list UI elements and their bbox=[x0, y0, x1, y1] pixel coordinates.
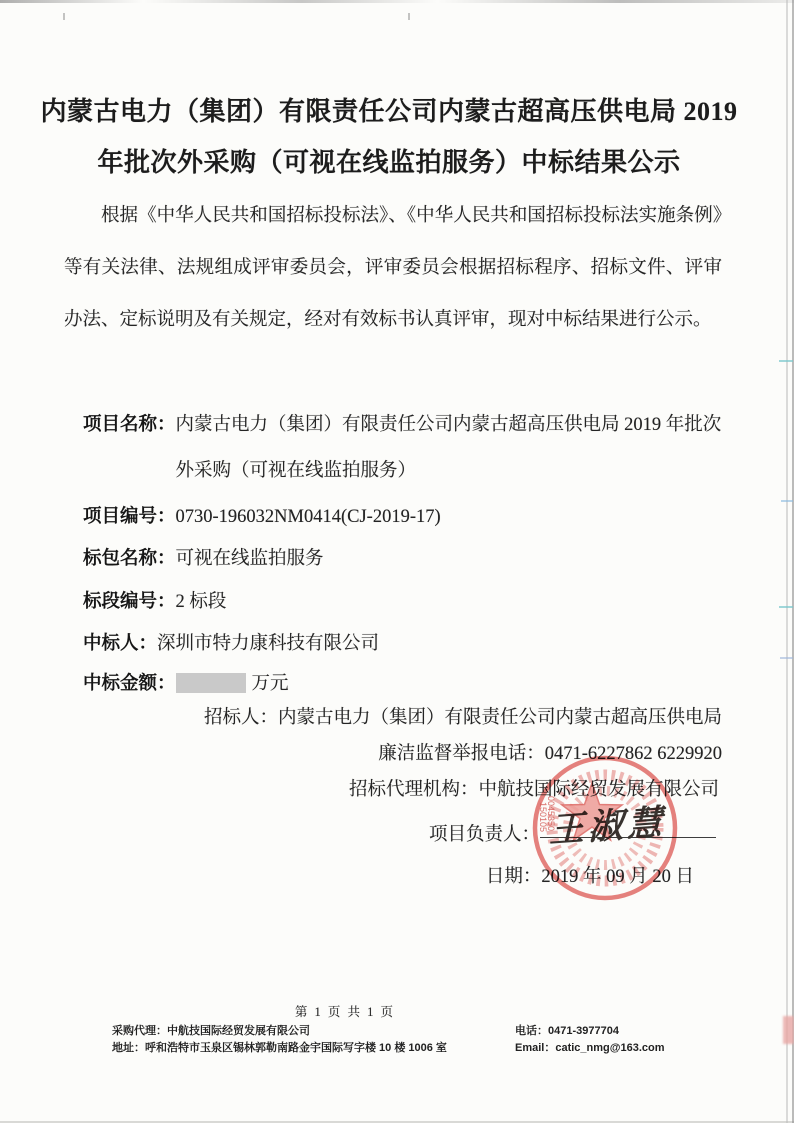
field-winning-amount: 中标金额： 万元 bbox=[83, 661, 728, 707]
project-manager-label: 项目负责人： bbox=[429, 825, 540, 845]
footer-phone: 电话：0471-3977704 bbox=[515, 1023, 665, 1040]
field-label: 标包名称： bbox=[83, 536, 176, 582]
scan-artifact-teal-mark bbox=[779, 360, 793, 362]
scan-artifact-right-line bbox=[786, 0, 788, 1123]
document-title-line1: 内蒙古电力（集团）有限责任公司内蒙古超高压供电局 2019 bbox=[40, 86, 738, 137]
page-number: 第 1 页 共 1 页 bbox=[0, 1002, 690, 1020]
scan-artifact-right-edge bbox=[792, 0, 794, 1123]
scan-artifact-teal-mark bbox=[779, 606, 793, 608]
scan-artifact-pink-smudge bbox=[783, 1016, 794, 1044]
field-label: 项目名称： bbox=[83, 402, 176, 494]
intro-paragraph: 根据《中华人民共和国招标投标法》、《中华人民共和国招标投标法实施条例》等有关法律… bbox=[64, 190, 722, 346]
scan-artifact-blue-mark bbox=[780, 657, 793, 659]
field-label: 项目编号： bbox=[83, 494, 176, 540]
footer-left-block: 采购代理：中航技国际经贸发展有限公司 地址：呼和浩特市玉泉区锡林郭勒南路金宇国际… bbox=[112, 1023, 447, 1057]
document-title: 内蒙古电力（集团）有限责任公司内蒙古超高压供电局 2019 年批次外采购（可视在… bbox=[40, 86, 738, 188]
scan-artifact-top-edge bbox=[0, 0, 794, 3]
field-package-name: 标包名称： 可视在线监拍服务 bbox=[83, 536, 728, 582]
footer-address: 地址：呼和浩特市玉泉区锡林郭勒南路金宇国际写字楼 10 楼 1006 室 bbox=[112, 1040, 447, 1057]
field-value: 可视在线监拍服务 bbox=[176, 536, 728, 582]
field-project-name: 项目名称： 内蒙古电力（集团）有限责任公司内蒙古超高压供电局 2019 年批次外… bbox=[83, 402, 728, 494]
field-value: 内蒙古电力（集团）有限责任公司内蒙古超高压供电局 2019 年批次外采购（可视在… bbox=[176, 402, 728, 494]
scanned-document-page: 内蒙古电力（集团）有限责任公司内蒙古超高压供电局 2019 年批次外采购（可视在… bbox=[0, 0, 794, 1123]
scan-artifact-tick bbox=[63, 13, 65, 20]
field-section-number: 标段编号： 2 标段 bbox=[83, 579, 728, 625]
field-project-number: 项目编号： 0730-196032NM0414(CJ-2019-17) bbox=[83, 494, 728, 540]
amount-unit: 万元 bbox=[252, 674, 289, 694]
redacted-amount-box bbox=[176, 673, 246, 693]
field-label: 中标金额： bbox=[83, 661, 176, 707]
handwritten-signature: 王淑慧 bbox=[549, 795, 666, 853]
field-value: 2 标段 bbox=[176, 579, 728, 625]
footer-right-block: 电话：0471-3977704 Email：catic_nmg@163.com bbox=[515, 1023, 665, 1057]
field-label: 标段编号： bbox=[83, 579, 176, 625]
scan-artifact-tick bbox=[408, 13, 410, 20]
field-value: 0730-196032NM0414(CJ-2019-17) bbox=[176, 494, 728, 540]
signoff-tenderer: 招标人：内蒙古电力（集团）有限责任公司内蒙古超高压供电局 bbox=[204, 703, 722, 729]
scan-artifact-blue-mark bbox=[781, 500, 793, 502]
signoff-hotline: 廉洁监督举报电话：0471-6227862 6229920 bbox=[378, 739, 722, 765]
footer-email: Email：catic_nmg@163.com bbox=[515, 1040, 665, 1057]
field-value: 万元 bbox=[176, 661, 728, 707]
signoff-date: 日期：2019 年 09 月 20 日 bbox=[486, 862, 694, 888]
document-title-line2: 年批次外采购（可视在线监拍服务）中标结果公示 bbox=[40, 137, 738, 188]
footer-agent: 采购代理：中航技国际经贸发展有限公司 bbox=[112, 1023, 447, 1040]
